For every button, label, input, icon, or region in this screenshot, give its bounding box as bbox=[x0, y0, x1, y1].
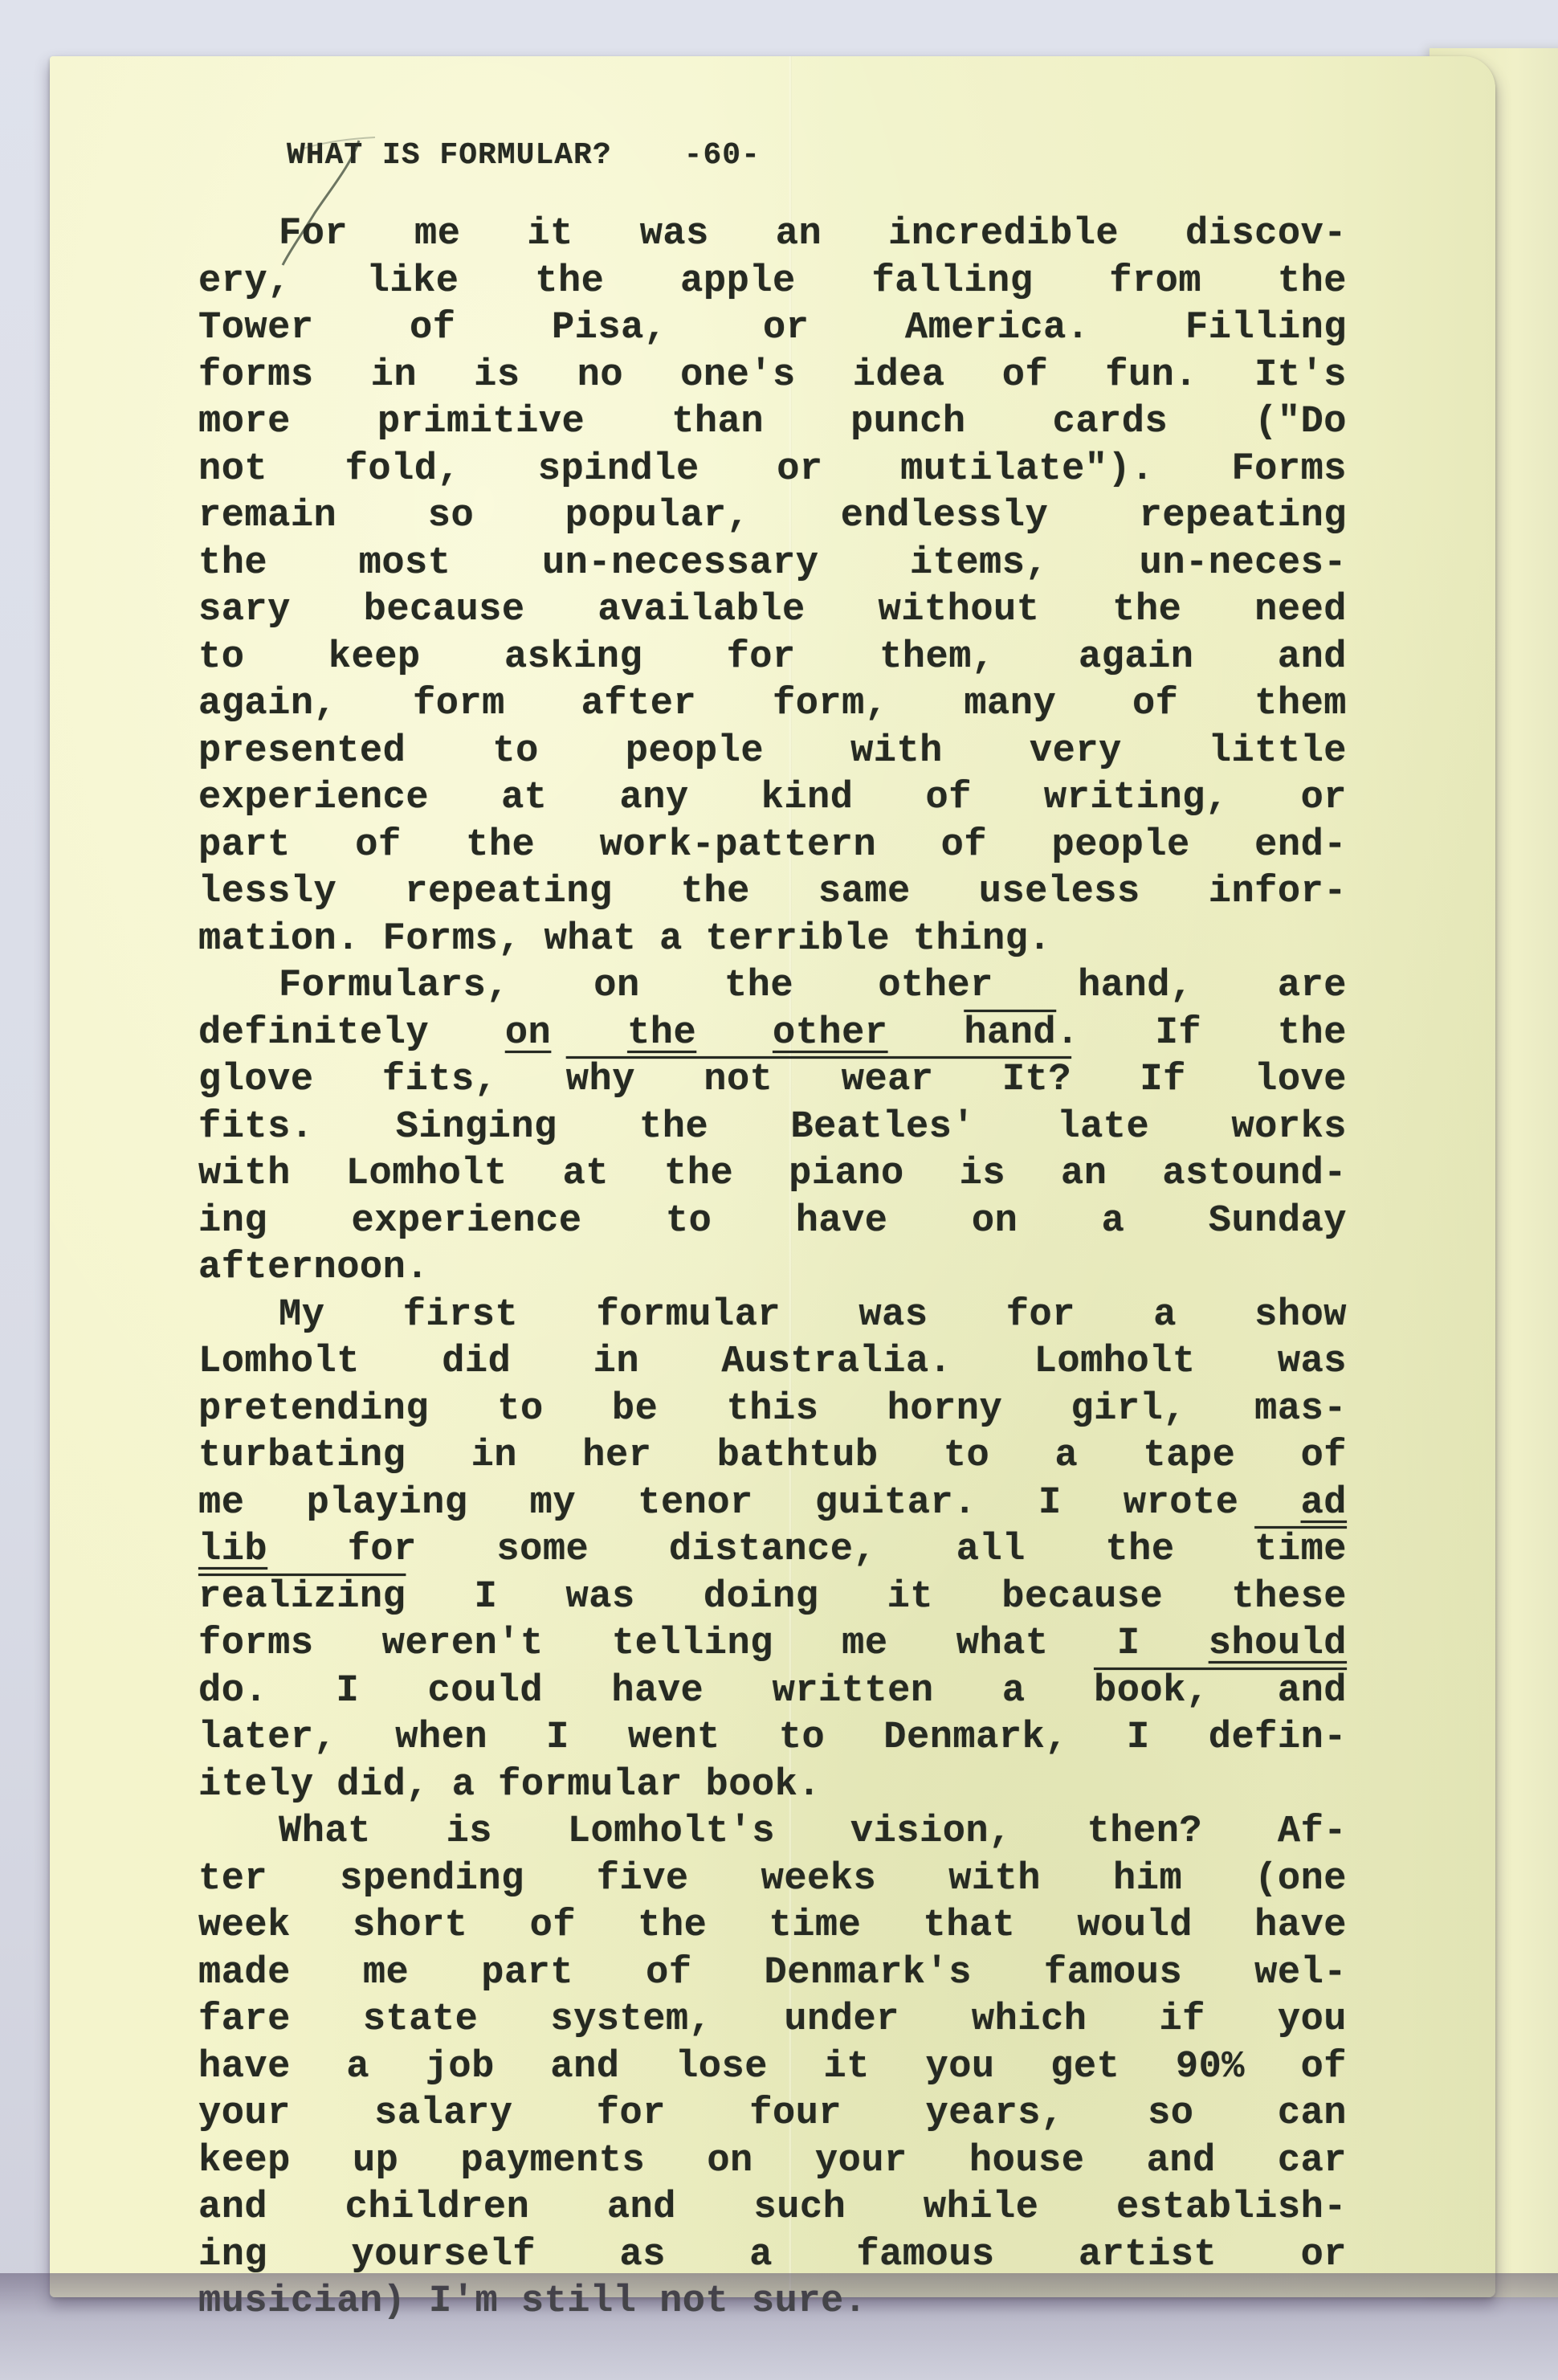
text-line: ing yourself as a famous artist or bbox=[198, 2232, 1347, 2280]
text-line: forms in is no one's idea of fun. It's bbox=[198, 353, 1347, 400]
text-line: For me it was an incredible discov- bbox=[198, 211, 1347, 259]
text-line: part of the work-pattern of people end- bbox=[198, 823, 1347, 870]
page-title: WHAT IS FORMULAR? bbox=[287, 138, 612, 173]
paragraphs: For me it was an incredible discov-ery, … bbox=[198, 211, 1347, 2326]
text-line: Formulars, on the other hand, are bbox=[198, 963, 1347, 1010]
paragraph: Formulars, on the other hand, aredefinit… bbox=[198, 963, 1347, 1292]
text-line: later, when I went to Denmark, I defin- bbox=[198, 1715, 1347, 1762]
page-header: WHAT IS FORMULAR?-60- bbox=[287, 133, 1347, 179]
text-line: mation. Forms, what a terrible thing. bbox=[198, 916, 1347, 964]
document-body: WHAT IS FORMULAR?-60- For me it was an i… bbox=[198, 133, 1347, 2326]
text-line: do. I could have written a book, and bbox=[198, 1668, 1347, 1716]
text-line: realizing I was doing it because these bbox=[198, 1574, 1347, 1622]
text-line: afternoon. bbox=[198, 1245, 1347, 1292]
page-number: -60- bbox=[684, 138, 761, 173]
text-line: me playing my tenor guitar. I wrote ad bbox=[198, 1480, 1347, 1528]
text-line: remain so popular, endlessly repeating bbox=[198, 493, 1347, 541]
text-line: not fold, spindle or mutilate"). Forms bbox=[198, 447, 1347, 494]
text-line: definitely on the other hand. If the bbox=[198, 1010, 1347, 1058]
text-line: fare state system, under which if you bbox=[198, 1997, 1347, 2044]
text-line: ter spending five weeks with him (one bbox=[198, 1856, 1347, 1904]
text-line: have a job and lose it you get 90% of bbox=[198, 2044, 1347, 2092]
text-line: pretending to be this horny girl, mas- bbox=[198, 1386, 1347, 1434]
paragraph: For me it was an incredible discov-ery, … bbox=[198, 211, 1347, 963]
paragraph: My first formular was for a showLomholt … bbox=[198, 1292, 1347, 1810]
text-line: fits. Singing the Beatles' late works bbox=[198, 1104, 1347, 1152]
text-line: lessly repeating the same useless infor- bbox=[198, 869, 1347, 916]
text-line: your salary for four years, so can bbox=[198, 2091, 1347, 2138]
text-line: experience at any kind of writing, or bbox=[198, 775, 1347, 823]
text-line: turbating in her bathtub to a tape of bbox=[198, 1433, 1347, 1480]
text-line: more primitive than punch cards ("Do bbox=[198, 399, 1347, 447]
text-line: week short of the time that would have bbox=[198, 1903, 1347, 1950]
text-line: keep up payments on your house and car bbox=[198, 2138, 1347, 2186]
text-line: glove fits, why not wear It? If love bbox=[198, 1057, 1347, 1104]
text-line: made me part of Denmark's famous wel- bbox=[198, 1950, 1347, 1998]
table-shadow bbox=[0, 2273, 1558, 2380]
text-line: presented to people with very little bbox=[198, 729, 1347, 776]
text-line: forms weren't telling me what I should bbox=[198, 1621, 1347, 1668]
text-line: the most un-necessary items, un-neces- bbox=[198, 541, 1347, 588]
text-line: and children and such while establish- bbox=[198, 2185, 1347, 2232]
text-line: itely did, a formular book. bbox=[198, 1762, 1347, 1810]
text-line: sary because available without the need bbox=[198, 587, 1347, 635]
typewritten-page: WHAT IS FORMULAR?-60- For me it was an i… bbox=[50, 56, 1495, 2297]
text-line: Tower of Pisa, or America. Filling bbox=[198, 305, 1347, 353]
text-line: with Lomholt at the piano is an astound- bbox=[198, 1151, 1347, 1198]
text-line: What is Lomholt's vision, then? Af- bbox=[198, 1809, 1347, 1856]
text-line: Lomholt did in Australia. Lomholt was bbox=[198, 1339, 1347, 1386]
text-line: lib for some distance, all the time bbox=[198, 1527, 1347, 1574]
paragraph: What is Lomholt's vision, then? Af-ter s… bbox=[198, 1809, 1347, 2326]
text-line: ing experience to have on a Sunday bbox=[198, 1198, 1347, 1246]
text-line: My first formular was for a show bbox=[198, 1292, 1347, 1340]
text-line: to keep asking for them, again and bbox=[198, 635, 1347, 682]
text-line: again, form after form, many of them bbox=[198, 681, 1347, 729]
text-line: ery, like the apple falling from the bbox=[198, 259, 1347, 306]
